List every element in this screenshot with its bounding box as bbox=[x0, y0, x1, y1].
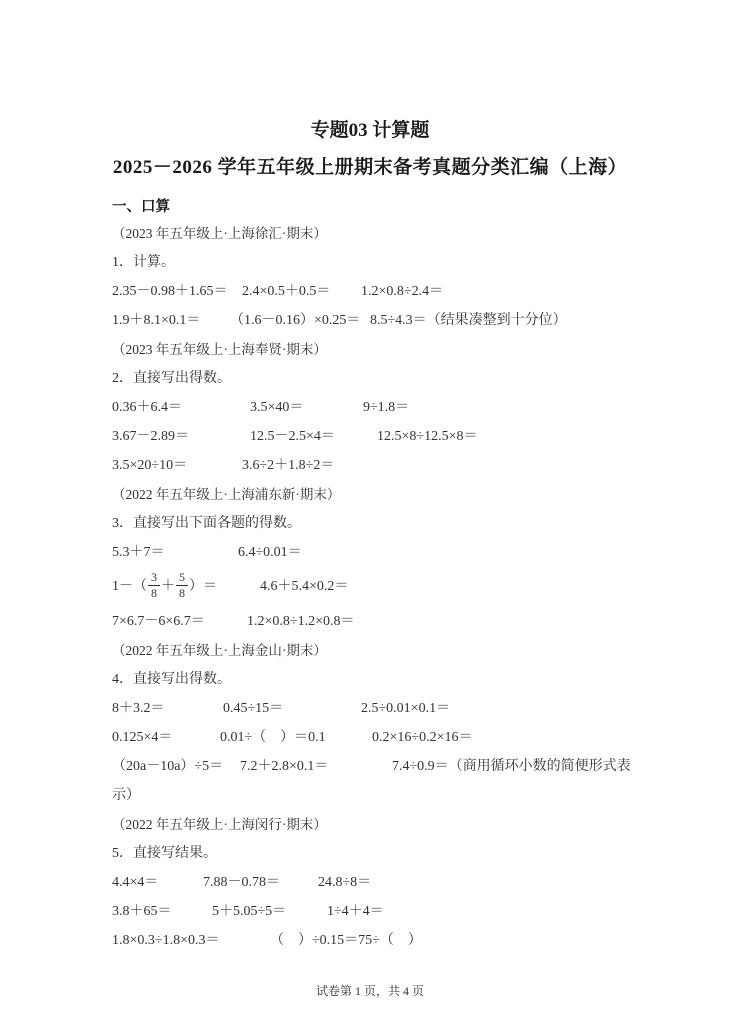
source-text: （2022 年五年级上·上海闵行·期末） bbox=[112, 810, 327, 839]
equation-row: （20a－10a）÷5＝ 7.2＋2.8×0.1＝ 7.4÷0.9＝（商用循环小… bbox=[112, 752, 628, 781]
problem-label-text: 1．计算。 bbox=[112, 248, 175, 277]
source-text: （2022 年五年级上·上海金山·期末） bbox=[112, 636, 327, 665]
equation-row: 5.3＋7＝ 6.4÷0.01＝ bbox=[112, 538, 628, 567]
equation: 8＋3.2＝ bbox=[112, 694, 165, 723]
fraction: 38 bbox=[148, 571, 160, 600]
equation-row: 1.9＋8.1×0.1＝ （1.6－0.16）×0.25＝ 8.5÷4.3＝（结… bbox=[112, 306, 628, 335]
equation: 7.2＋2.8×0.1＝ bbox=[240, 752, 328, 781]
problem-label-text: 5．直接写结果。 bbox=[112, 839, 217, 868]
equation: 1.9＋8.1×0.1＝ bbox=[112, 306, 200, 335]
equation-row: 3.5×20÷10＝ 3.6÷2＋1.8÷2＝ bbox=[112, 451, 628, 480]
equation-row: 1－（38＋58）＝ 4.6＋5.4×0.2＝ bbox=[112, 567, 628, 607]
equation: 2.4×0.5＋0.5＝ bbox=[242, 277, 330, 306]
equation: 5.3＋7＝ bbox=[112, 538, 165, 567]
equation-with-fractions: 1－（38＋58）＝ bbox=[112, 567, 217, 607]
equation: 0.2×16÷0.2×16＝ bbox=[372, 723, 472, 752]
worksheet-body: （2023 年五年级上·上海徐汇·期末） 1．计算。 2.35－0.98＋1.6… bbox=[0, 219, 740, 955]
problem-label: 1．计算。 bbox=[112, 248, 628, 277]
equation: 0.125×4＝ bbox=[112, 723, 172, 752]
problem-label: 4．直接写出得数。 bbox=[112, 665, 628, 694]
problem-source: （2022 年五年级上·上海浦东新·期末） bbox=[112, 480, 628, 509]
source-text: （2023 年五年级上·上海奉贤·期末） bbox=[112, 335, 327, 364]
problem-label-text: 4．直接写出得数。 bbox=[112, 665, 231, 694]
worksheet-page: 专题03 计算题 2025－2026 学年五年级上册期末备考真题分类汇编（上海）… bbox=[0, 118, 740, 955]
equation: 0.45÷15＝ bbox=[223, 694, 283, 723]
doc-subtitle: 2025－2026 学年五年级上册期末备考真题分类汇编（上海） bbox=[0, 154, 740, 181]
equation-row: 0.125×4＝ 0.01÷（ ）＝0.1 0.2×16÷0.2×16＝ bbox=[112, 723, 628, 752]
fraction-denominator: 8 bbox=[151, 586, 157, 600]
equation: （20a－10a）÷5＝ bbox=[112, 752, 223, 781]
equation-row: 1.8×0.3÷1.8×0.3＝ （ ）÷0.15＝75÷（ ） bbox=[112, 926, 628, 955]
doc-title: 专题03 计算题 bbox=[0, 118, 740, 144]
equation-part: ＋ bbox=[161, 579, 175, 594]
equation: 3.8＋65＝ bbox=[112, 897, 172, 926]
equation: 7.88－0.78＝ bbox=[203, 868, 280, 897]
equation-row: 3.67－2.89＝ 12.5－2.5×4＝ 12.5×8÷12.5×8＝ bbox=[112, 422, 628, 451]
equation: 5＋5.05÷5＝ bbox=[212, 897, 286, 926]
problem-source: （2022 年五年级上·上海金山·期末） bbox=[112, 636, 628, 665]
equation: 3.67－2.89＝ bbox=[112, 422, 189, 451]
fraction: 58 bbox=[176, 571, 188, 600]
fraction-numerator: 3 bbox=[148, 571, 160, 586]
equation: 0.36＋6.4＝ bbox=[112, 393, 182, 422]
equation: 4.6＋5.4×0.2＝ bbox=[260, 567, 348, 607]
problem-label-text: 2．直接写出得数。 bbox=[112, 364, 231, 393]
equation-row: 2.35－0.98＋1.65＝ 2.4×0.5＋0.5＝ 1.2×0.8÷2.4… bbox=[112, 277, 628, 306]
fraction-numerator: 5 bbox=[176, 571, 188, 586]
equation: 24.8÷8＝ bbox=[318, 868, 371, 897]
equation: （1.6－0.16）×0.25＝ bbox=[230, 306, 360, 335]
equation: 7×6.7－6×6.7＝ bbox=[112, 607, 205, 636]
equation: 3.6÷2＋1.8÷2＝ bbox=[242, 451, 334, 480]
equation: 7.4÷0.9＝（商用循环小数的简便形式表 bbox=[392, 752, 631, 781]
equation: 1.2×0.8÷1.2×0.8＝ bbox=[247, 607, 354, 636]
section-heading: 一、口算 bbox=[0, 197, 740, 217]
equation: 2.5÷0.01×0.1＝ bbox=[361, 694, 450, 723]
problem-label: 3．直接写出下面各题的得数。 bbox=[112, 509, 628, 538]
problem-source: （2022 年五年级上·上海闵行·期末） bbox=[112, 810, 628, 839]
equation: 6.4÷0.01＝ bbox=[238, 538, 302, 567]
equation: 9÷1.8＝ bbox=[363, 393, 409, 422]
equation-row: 3.8＋65＝ 5＋5.05÷5＝ 1÷4＋4＝ bbox=[112, 897, 628, 926]
equation: 2.35－0.98＋1.65＝ bbox=[112, 277, 228, 306]
fraction-denominator: 8 bbox=[179, 586, 185, 600]
problem-source: （2023 年五年级上·上海奉贤·期末） bbox=[112, 335, 628, 364]
equation: 1.2×0.8÷2.4＝ bbox=[361, 277, 443, 306]
source-text: （2022 年五年级上·上海浦东新·期末） bbox=[112, 480, 340, 509]
equation-row: 8＋3.2＝ 0.45÷15＝ 2.5÷0.01×0.1＝ bbox=[112, 694, 628, 723]
equation: 1÷4＋4＝ bbox=[327, 897, 384, 926]
problem-source: （2023 年五年级上·上海徐汇·期末） bbox=[112, 219, 628, 248]
problem-label-text: 3．直接写出下面各题的得数。 bbox=[112, 509, 301, 538]
equation: 12.5×8÷12.5×8＝ bbox=[377, 422, 477, 451]
equation-row: 4.4×4＝ 7.88－0.78＝ 24.8÷8＝ bbox=[112, 868, 628, 897]
equation: 3.5×20÷10＝ bbox=[112, 451, 187, 480]
equation-row-continuation: 示） bbox=[112, 781, 628, 810]
problem-label: 5．直接写结果。 bbox=[112, 839, 628, 868]
equation-continuation: 示） bbox=[112, 781, 140, 810]
equation: （ ）÷0.15＝75÷（ ） bbox=[270, 926, 422, 955]
equation: 1.8×0.3÷1.8×0.3＝ bbox=[112, 926, 219, 955]
equation: 4.4×4＝ bbox=[112, 868, 158, 897]
equation: 8.5÷4.3＝（结果凑整到十分位） bbox=[370, 306, 567, 335]
equation-row: 0.36＋6.4＝ 3.5×40＝ 9÷1.8＝ bbox=[112, 393, 628, 422]
source-text: （2023 年五年级上·上海徐汇·期末） bbox=[112, 219, 327, 248]
equation: 12.5－2.5×4＝ bbox=[250, 422, 335, 451]
equation: 0.01÷（ ）＝0.1 bbox=[220, 723, 326, 752]
equation-row: 7×6.7－6×6.7＝ 1.2×0.8÷1.2×0.8＝ bbox=[112, 607, 628, 636]
equation-part: 1－（ bbox=[112, 579, 147, 594]
problem-label: 2．直接写出得数。 bbox=[112, 364, 628, 393]
equation-part: ）＝ bbox=[189, 579, 217, 594]
page-footer: 试卷第 1 页，共 4 页 bbox=[0, 982, 740, 999]
equation: 3.5×40＝ bbox=[250, 393, 303, 422]
